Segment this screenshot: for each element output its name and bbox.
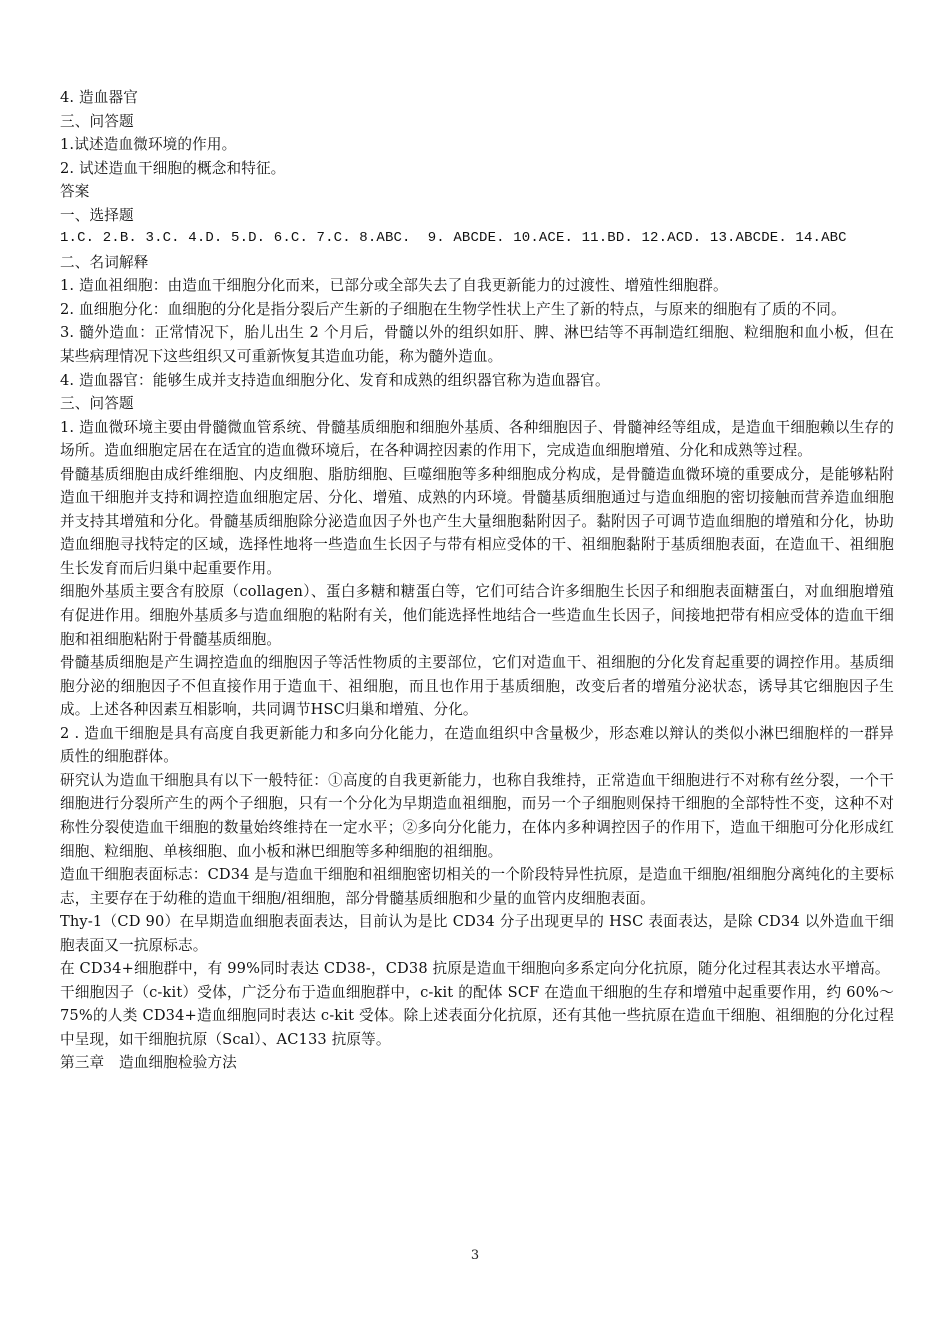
question-4-term: 4. 造血器官 <box>60 86 894 110</box>
essay-answer-1-paragraph-4: 骨髓基质细胞是产生调控造血的细胞因子等活性物质的主要部位，它们对造血干、祖细胞的… <box>60 651 894 722</box>
essay-answer-2-paragraph-6: 干细胞因子（c-kit）受体，广泛分布于造血细胞群中，c-kit 的配体 SCF… <box>60 981 894 1052</box>
answers-section-essay: 三、问答题 <box>60 392 894 416</box>
page-number: 3 <box>0 1248 950 1263</box>
essay-answer-1-paragraph-1: 1. 造血微环境主要由骨髓微血管系统、骨髓基质细胞和细胞外基质、各种细胞因子、骨… <box>60 416 894 463</box>
multiple-choice-answers: 1.C. 2.B. 3.C. 4.D. 5.D. 6.C. 7.C. 8.ABC… <box>60 227 894 251</box>
essay-answer-2-paragraph-1: 2 . 造血干细胞是具有高度自我更新能力和多向分化能力，在造血组织中含量极少，形… <box>60 722 894 769</box>
essay-answer-1-paragraph-2: 骨髓基质细胞由成纤维细胞、内皮细胞、脂肪细胞、巨噬细胞等多种细胞成分构成，是骨髓… <box>60 463 894 581</box>
essay-question-1: 1.试述造血微环境的作用。 <box>60 133 894 157</box>
definition-2: 2. 血细胞分化：血细胞的分化是指分裂后产生新的子细胞在生物学性状上产生了新的特… <box>60 298 894 322</box>
essay-answer-2-paragraph-4: Thy-1（CD 90）在早期造血细胞表面表达，目前认为是比 CD34 分子出现… <box>60 910 894 957</box>
answers-heading: 答案 <box>60 180 894 204</box>
definition-1: 1. 造血祖细胞：由造血干细胞分化而来，已部分或全部失去了自我更新能力的过渡性、… <box>60 274 894 298</box>
section-heading-essay-questions: 三、问答题 <box>60 110 894 134</box>
answers-section-definitions: 二、名词解释 <box>60 251 894 275</box>
definition-4: 4. 造血器官：能够生成并支持造血细胞分化、发育和成熟的组织器官称为造血器官。 <box>60 369 894 393</box>
essay-answer-2-paragraph-5: 在 CD34+细胞群中，有 99%同时表达 CD38-，CD38 抗原是造血干细… <box>60 957 894 981</box>
definition-3: 3. 髓外造血：正常情况下，胎儿出生 2 个月后，骨髓以外的组织如肝、脾、淋巴结… <box>60 321 894 368</box>
essay-answer-2-paragraph-2: 研究认为造血干细胞具有以下一般特征：①高度的自我更新能力，也称自我维持，正常造血… <box>60 769 894 863</box>
answers-section-multiple-choice: 一、选择题 <box>60 204 894 228</box>
essay-answer-2-paragraph-3: 造血干细胞表面标志：CD34 是与造血干细胞和祖细胞密切相关的一个阶段特异性抗原… <box>60 863 894 910</box>
essay-question-2: 2. 试述造血干细胞的概念和特征。 <box>60 157 894 181</box>
document-page: 4. 造血器官 三、问答题 1.试述造血微环境的作用。 2. 试述造血干细胞的概… <box>60 86 894 1075</box>
chapter-3-heading: 第三章 造血细胞检验方法 <box>60 1051 894 1075</box>
essay-answer-1-paragraph-3: 细胞外基质主要含有胶原（collagen）、蛋白多糖和糖蛋白等，它们可结合许多细… <box>60 580 894 651</box>
